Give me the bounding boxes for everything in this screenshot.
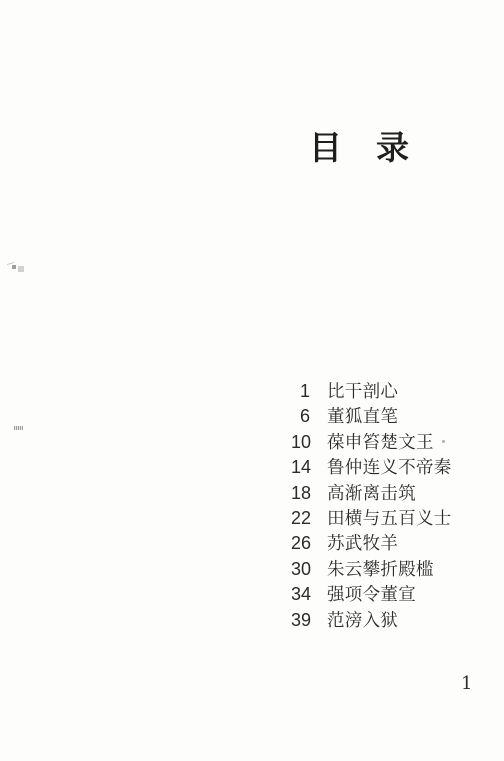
toc-entry-page-number: 34	[291, 582, 310, 607]
scan-smudge-speck	[12, 265, 16, 269]
toc-list: 1 比干剖心 6 董狐直笔 10 葆申笞楚文王 14 鲁仲连义不帝秦 18 高渐…	[291, 379, 452, 633]
toc-entry-page-number: 22	[291, 506, 310, 531]
toc-entry-page-number: 10	[291, 430, 310, 455]
toc-entry-title: 强项令董宣	[327, 582, 416, 607]
toc-entry: 39 范滂入狱	[291, 608, 452, 633]
scan-dash-mark	[14, 426, 23, 430]
toc-entry: 26 苏武牧羊	[291, 531, 452, 556]
toc-entry-page-number: 1	[291, 379, 310, 404]
folio-page-number: 1	[461, 673, 472, 694]
toc-entry-title: 葆申笞楚文王	[327, 430, 434, 455]
toc-entry-title: 董狐直笔	[327, 404, 398, 429]
toc-entry-page-number: 14	[291, 455, 310, 480]
scan-smudge-blot	[18, 266, 24, 272]
page-title-char-left: 目	[309, 131, 342, 164]
toc-entry-title: 高渐离击筑	[327, 481, 416, 506]
page-title-char-right: 录	[376, 131, 409, 164]
book-page: 目 录 1 比干剖心 6 董狐直笔 10 葆申笞楚文王 14 鲁仲连义不帝秦 1…	[0, 0, 504, 761]
toc-entry-page-number: 18	[291, 481, 310, 506]
toc-entry-title: 范滂入狱	[327, 608, 398, 633]
toc-entry-page-number: 26	[291, 531, 310, 556]
toc-entry-title: 比干剖心	[327, 379, 398, 404]
toc-entry: 6 董狐直笔	[291, 404, 452, 429]
toc-entry-title: 田横与五百义士	[327, 506, 452, 531]
toc-entry-page-number: 6	[291, 404, 310, 429]
toc-entry: 34 强项令董宣	[291, 582, 452, 607]
toc-entry: 14 鲁仲连义不帝秦	[291, 455, 452, 480]
toc-entry: 18 高渐离击筑	[291, 481, 452, 506]
toc-entry: 30 朱云攀折殿槛	[291, 557, 452, 582]
scan-dot-mark	[442, 440, 445, 443]
toc-entry: 10 葆申笞楚文王	[291, 430, 452, 455]
toc-entry-title: 苏武牧羊	[327, 531, 398, 556]
toc-entry: 22 田横与五百义士	[291, 506, 452, 531]
toc-entry-page-number: 30	[291, 557, 310, 582]
toc-entry-title: 鲁仲连义不帝秦	[327, 455, 452, 480]
page-title: 目 录	[309, 131, 409, 164]
toc-entry: 1 比干剖心	[291, 379, 452, 404]
toc-entry-title: 朱云攀折殿槛	[327, 557, 434, 582]
toc-entry-page-number: 39	[291, 608, 310, 633]
